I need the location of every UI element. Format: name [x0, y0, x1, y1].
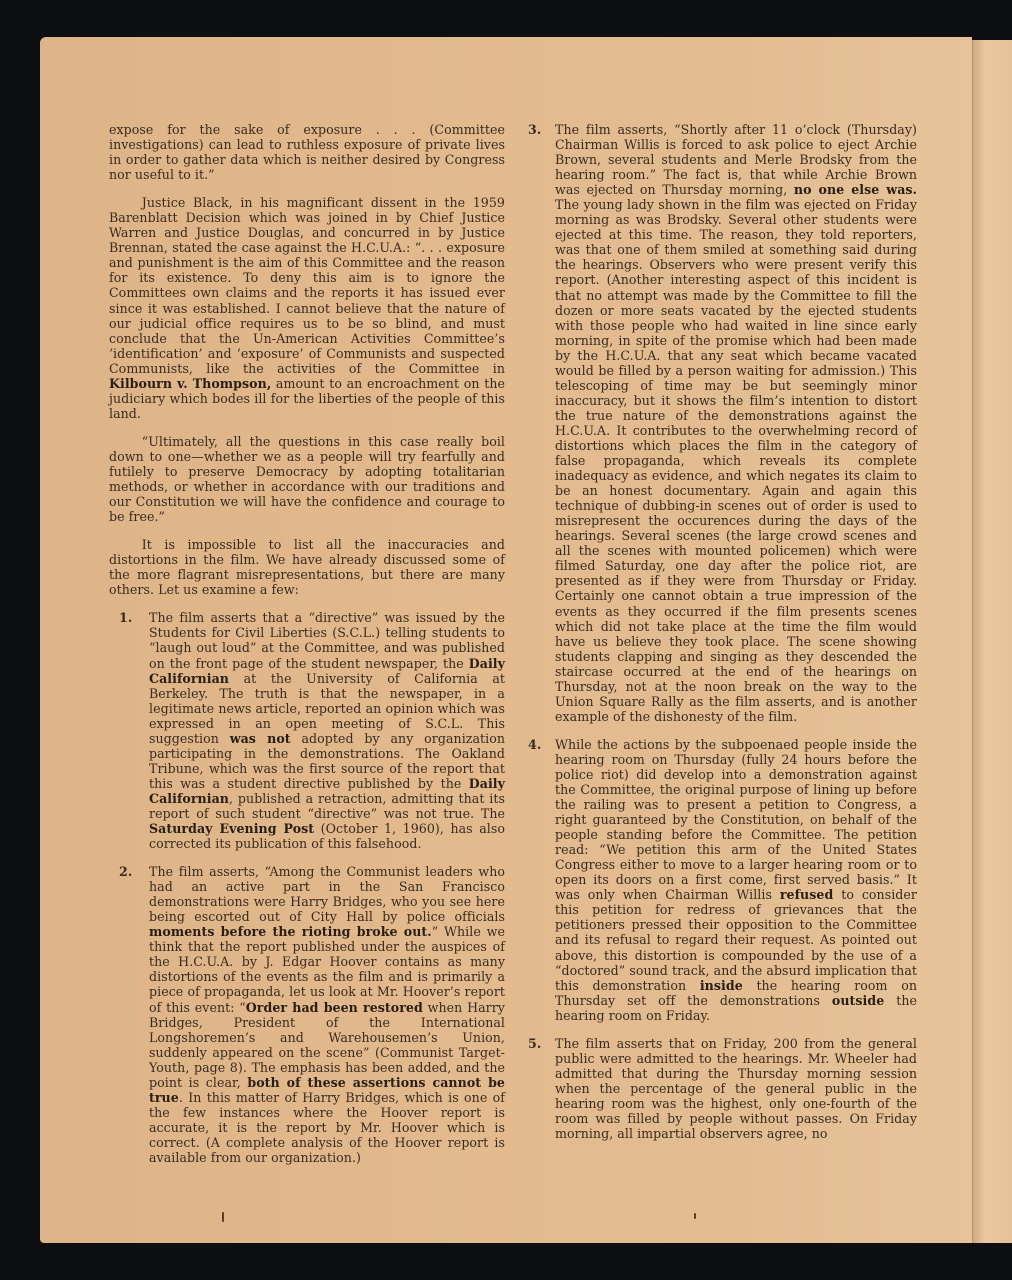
emphasized-text: Order had been restored — [246, 1000, 423, 1015]
list-item-5: 5. The film asserts that on Friday, 200 … — [555, 1036, 917, 1141]
emphasized-text: Kilbourn v. Thompson, — [109, 376, 271, 391]
text-run: . In this matter of Harry Bridges, which… — [149, 1090, 505, 1165]
text-run: The film asserts that on Friday, 200 fro… — [555, 1036, 917, 1141]
text-run: Justice Black, in his magnificant dissen… — [109, 195, 505, 376]
left-column: expose for the sake of exposure . . . (C… — [109, 122, 505, 1178]
emphasized-text: inside — [700, 978, 743, 993]
emphasized-text: moments before the rioting broke out. — [149, 924, 432, 939]
text-run: The film asserts, “Among the Communist l… — [149, 864, 505, 924]
text-run: It is impossible to list all the inaccur… — [109, 537, 505, 597]
list-item-4: 4. While the actions by the subpoenaed p… — [555, 737, 917, 1023]
list-item-text: The film asserts, “Among the Communist l… — [149, 864, 505, 1165]
list-item-number: 5. — [528, 1036, 541, 1051]
list-item-text: While the actions by the subpoenaed peop… — [555, 737, 917, 1023]
list-item-2: 2. The film asserts, “Among the Communis… — [109, 864, 505, 1165]
text-run: While the actions by the subpoenaed peop… — [555, 737, 917, 902]
continued-paragraph: expose for the sake of exposure . . . (C… — [109, 122, 505, 182]
emphasized-text: outside — [832, 993, 884, 1008]
paragraph-inaccuracies-intro: It is impossible to list all the inaccur… — [109, 537, 505, 597]
list-item-text: The film asserts that a “directive” was … — [149, 610, 505, 851]
text-run: expose for the sake of exposure . . . (C… — [109, 122, 505, 182]
list-item-1: 1. The film asserts that a “directive” w… — [109, 610, 505, 851]
text-run: The film asserts that a “directive” was … — [149, 610, 505, 670]
list-item-text: The film asserts that on Friday, 200 fro… — [555, 1036, 917, 1141]
emphasized-text: was not — [230, 731, 291, 746]
emphasized-text: Saturday Evening Post — [149, 821, 314, 836]
list-item-number: 1. — [119, 610, 132, 625]
paper-blemish-mark — [694, 1213, 696, 1219]
right-column: 3. The film asserts, “Shortly after 11 o… — [555, 122, 917, 1154]
list-item-text: The film asserts, “Shortly after 11 o’cl… — [555, 122, 917, 724]
next-page-edge — [972, 40, 1012, 1243]
text-run: The young lady shown in the film was eje… — [555, 197, 917, 724]
emphasized-text: no one else was. — [794, 182, 917, 197]
paper-blemish-mark — [222, 1212, 224, 1222]
text-run: “Ultimately, all the questions in this c… — [109, 434, 505, 524]
paragraph-quote-ultimately: “Ultimately, all the questions in this c… — [109, 434, 505, 524]
list-item-number: 3. — [528, 122, 541, 137]
list-item-number: 4. — [528, 737, 541, 752]
list-item-3: 3. The film asserts, “Shortly after 11 o… — [555, 122, 917, 724]
list-item-number: 2. — [119, 864, 132, 879]
emphasized-text: refused — [780, 887, 833, 902]
paragraph-justice-black: Justice Black, in his magnificant dissen… — [109, 195, 505, 421]
